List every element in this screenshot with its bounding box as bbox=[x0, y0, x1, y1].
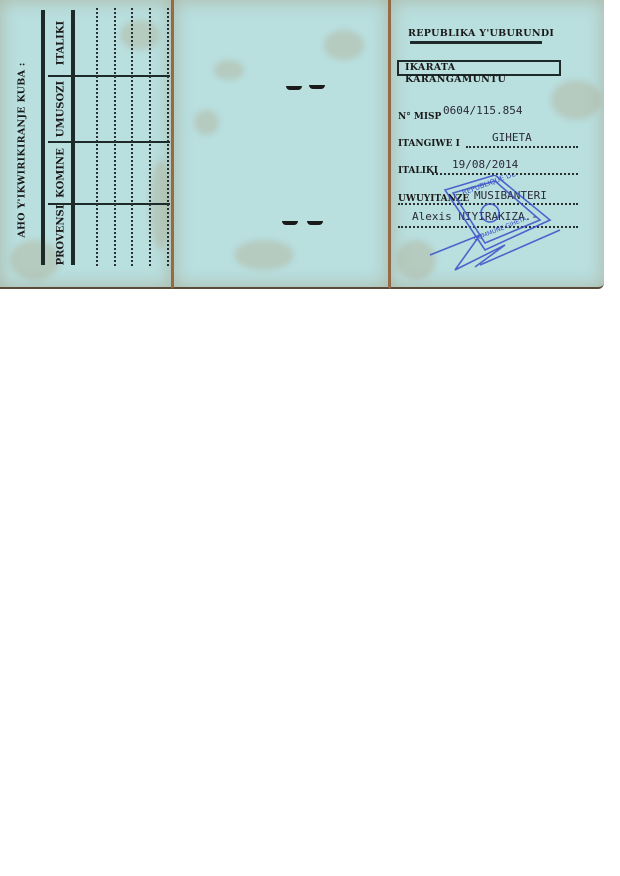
column-komine: KOMINE bbox=[50, 143, 72, 203]
italiki-value: 19/08/2014 bbox=[452, 158, 518, 171]
identity-card: AHO Y'IKWIRIKIRANJE KUBA : PROVENSI KOMI… bbox=[0, 0, 604, 289]
dotted-row bbox=[114, 8, 116, 266]
staple-slot bbox=[307, 221, 323, 225]
staple-slot bbox=[282, 221, 298, 225]
itangiwe-value: GIHETA bbox=[492, 131, 532, 144]
staple-slot bbox=[286, 86, 302, 90]
card-title: IKARATA KARANGAMUNTU bbox=[397, 60, 561, 76]
address-history-title: AHO Y'IKWIRIKIRANJE KUBA : bbox=[12, 30, 32, 270]
dotted-line bbox=[466, 146, 578, 148]
column-umusozi: UMUSOZI bbox=[50, 77, 72, 141]
heading-underline bbox=[410, 41, 542, 44]
misp-label: N° MISP bbox=[398, 112, 441, 122]
dotted-row bbox=[167, 8, 169, 266]
staple-slot bbox=[309, 85, 325, 89]
column-provensi: PROVENSI bbox=[50, 205, 72, 265]
itangiwe-label: ITANGIWE I bbox=[398, 139, 460, 149]
dotted-row bbox=[131, 8, 133, 266]
republic-heading: REPUBLIKA Y'UBURUNDI bbox=[408, 28, 554, 39]
official-stamp-icon: REPUBLIQUE DU BURUNDI COMMUNE GIHETA bbox=[425, 175, 565, 275]
table-border-left bbox=[41, 10, 45, 265]
middle-panel bbox=[172, 0, 390, 289]
svg-text:REPUBLIQUE DU BURUNDI: REPUBLIQUE DU BURUNDI bbox=[461, 175, 550, 197]
misp-value: 0604/115.854 bbox=[443, 104, 522, 117]
dotted-row bbox=[96, 8, 98, 266]
dotted-row bbox=[149, 8, 151, 266]
column-italiki: ITALIKI bbox=[50, 10, 72, 75]
